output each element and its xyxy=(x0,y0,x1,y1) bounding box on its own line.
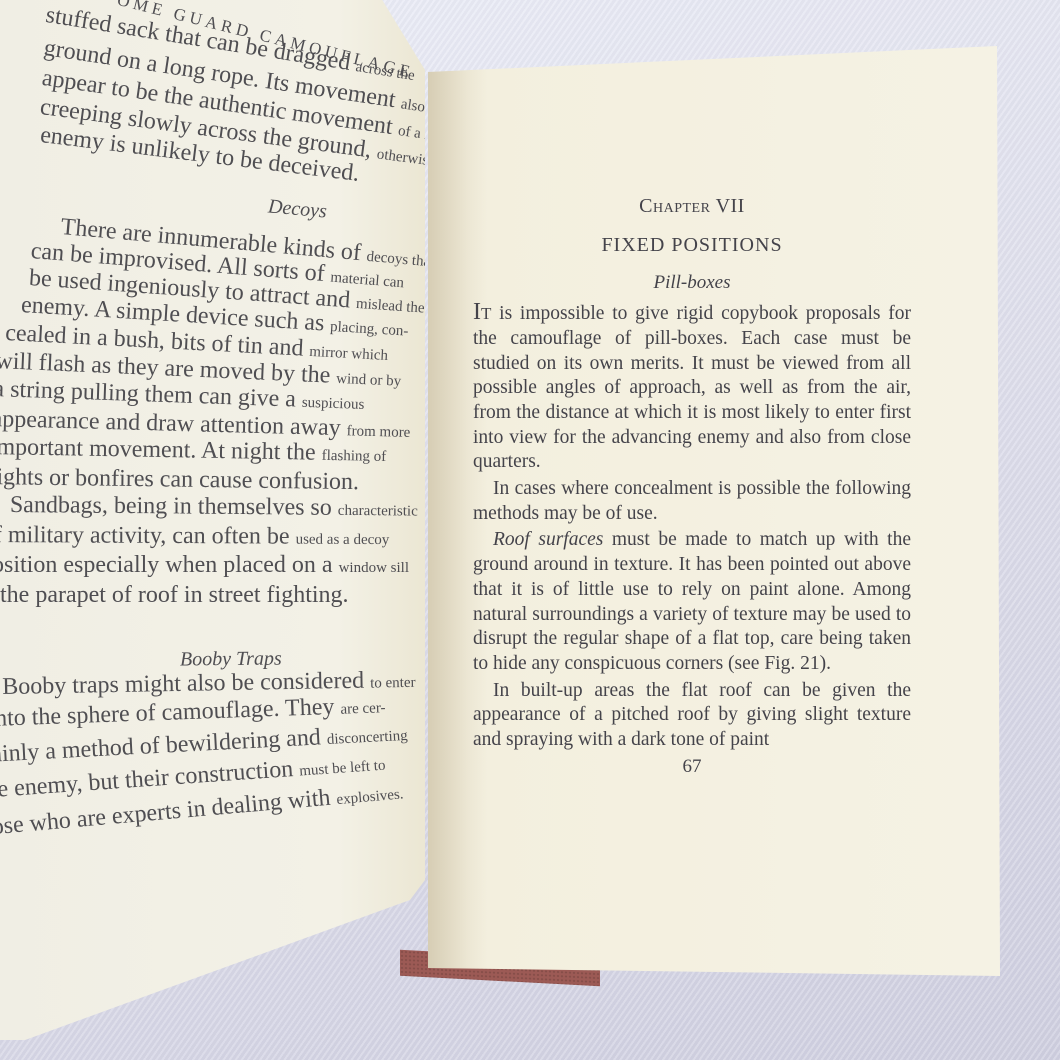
left-page-content: OME GUARD CAMOUFLAGE stuffed sack that c… xyxy=(0,0,470,890)
drop-cap: It xyxy=(473,299,491,325)
section-title-booby-traps: Booby Traps xyxy=(180,648,282,672)
paragraph-4: In built-up areas the flat roof can be g… xyxy=(473,679,911,753)
right-page-content: Chapter VII FIXED POSITIONS Pill-boxes I… xyxy=(473,194,911,779)
chapter-title: FIXED POSITIONS xyxy=(473,233,911,258)
paragraph-1: It is impossible to give rigid copybook … xyxy=(473,300,911,475)
paragraph-2: In cases where concealment is possible t… xyxy=(473,477,911,526)
text-line: Sandbags, being in themselves so charact… xyxy=(10,492,418,523)
text-line: of military activity, can often be used … xyxy=(0,522,389,551)
text-line: position especially when placed on a win… xyxy=(0,552,409,579)
section-title-decoys: Decoys xyxy=(267,195,328,223)
paragraph-3: Roof surfaces must be made to match up w… xyxy=(473,528,911,676)
text-line: important movement. At night the flashin… xyxy=(0,434,386,468)
section-title-pill-boxes: Pill-boxes xyxy=(473,271,911,296)
right-page: Chapter VII FIXED POSITIONS Pill-boxes I… xyxy=(428,46,1000,982)
text-line: or the parapet of roof in street fightin… xyxy=(0,582,349,609)
chapter-number: Chapter VII xyxy=(473,194,911,219)
text-line: lights or bonfires can cause confusion. xyxy=(0,464,359,496)
left-page: OME GUARD CAMOUFLAGE stuffed sack that c… xyxy=(0,0,430,1040)
page-number: 67 xyxy=(473,755,911,780)
